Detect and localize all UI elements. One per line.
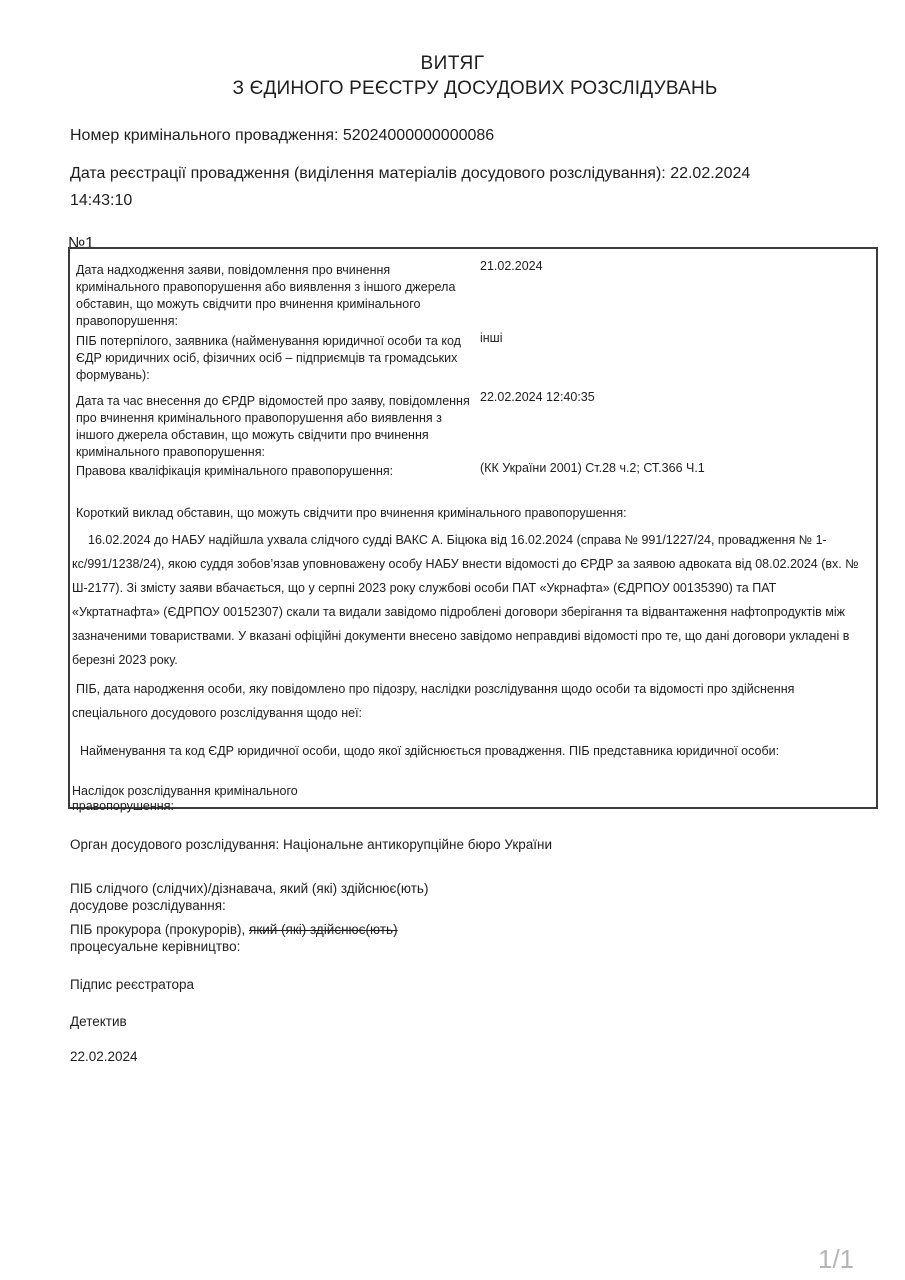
registration-time: 14:43:10: [70, 192, 132, 210]
field-label-applicant: ПІБ потерпілого, заявника (найменування …: [76, 333, 461, 384]
outcome-label: Наслідок розслідування кримінального пра…: [72, 784, 298, 814]
suspect-label: ПІБ, дата народження особи, яку повідомл…: [72, 677, 862, 725]
document-subtitle: З ЄДИНОГО РЕЄСТРУ ДОСУДОВИХ РОЗСЛІДУВАНЬ: [0, 78, 905, 100]
registrar-role: Детектив: [70, 1013, 127, 1030]
case-number-line: Номер кримінального провадження: 5202400…: [70, 127, 494, 145]
document-title: ВИТЯГ: [0, 53, 905, 75]
case-number-label: Номер кримінального провадження:: [70, 127, 338, 144]
authority-label: Орган досудового розслідування:: [70, 837, 279, 852]
registration-label: Дата реєстрації провадження (виділення м…: [70, 165, 666, 182]
registrar-signature-label: Підпис реєстратора: [70, 976, 194, 993]
field-value-legal-qualification: (КК України 2001) Ст.28 ч.2; СТ.366 Ч.1: [480, 461, 705, 475]
case-number-value: 52024000000000086: [343, 127, 494, 144]
summary-text: 16.02.2024 до НАБУ надійшла ухвала слідч…: [72, 528, 862, 672]
legal-entity-label: Найменування та код ЄДР юридичної особи,…: [80, 743, 779, 760]
registration-date: 22.02.2024: [670, 165, 750, 182]
prosecutor-label: ПІБ прокурора (прокурорів), який (які) з…: [70, 921, 398, 955]
authority-line: Орган досудового розслідування: Націонал…: [70, 836, 552, 853]
field-value-applicant: інші: [480, 331, 503, 345]
field-value-entry-datetime: 22.02.2024 12:40:35: [480, 390, 595, 404]
summary-label: Короткий виклад обставин, що можуть свід…: [76, 505, 627, 522]
field-label-legal-qualification: Правова кваліфікація кримінального право…: [76, 463, 466, 480]
investigator-label: ПІБ слідчого (слідчих)/дізнавача, який (…: [70, 880, 428, 914]
field-value-receipt-date: 21.02.2024: [480, 259, 543, 273]
signature-date: 22.02.2024: [70, 1048, 138, 1065]
registration-date-line: Дата реєстрації провадження (виділення м…: [70, 165, 750, 183]
page-indicator: 1/1: [818, 1244, 854, 1275]
field-label-receipt-date: Дата надходження заяви, повідомлення про…: [76, 262, 456, 330]
field-label-entry-datetime: Дата та час внесення до ЄРДР відомостей …: [76, 393, 471, 461]
authority-value: Національне антикорупційне бюро України: [283, 837, 552, 852]
